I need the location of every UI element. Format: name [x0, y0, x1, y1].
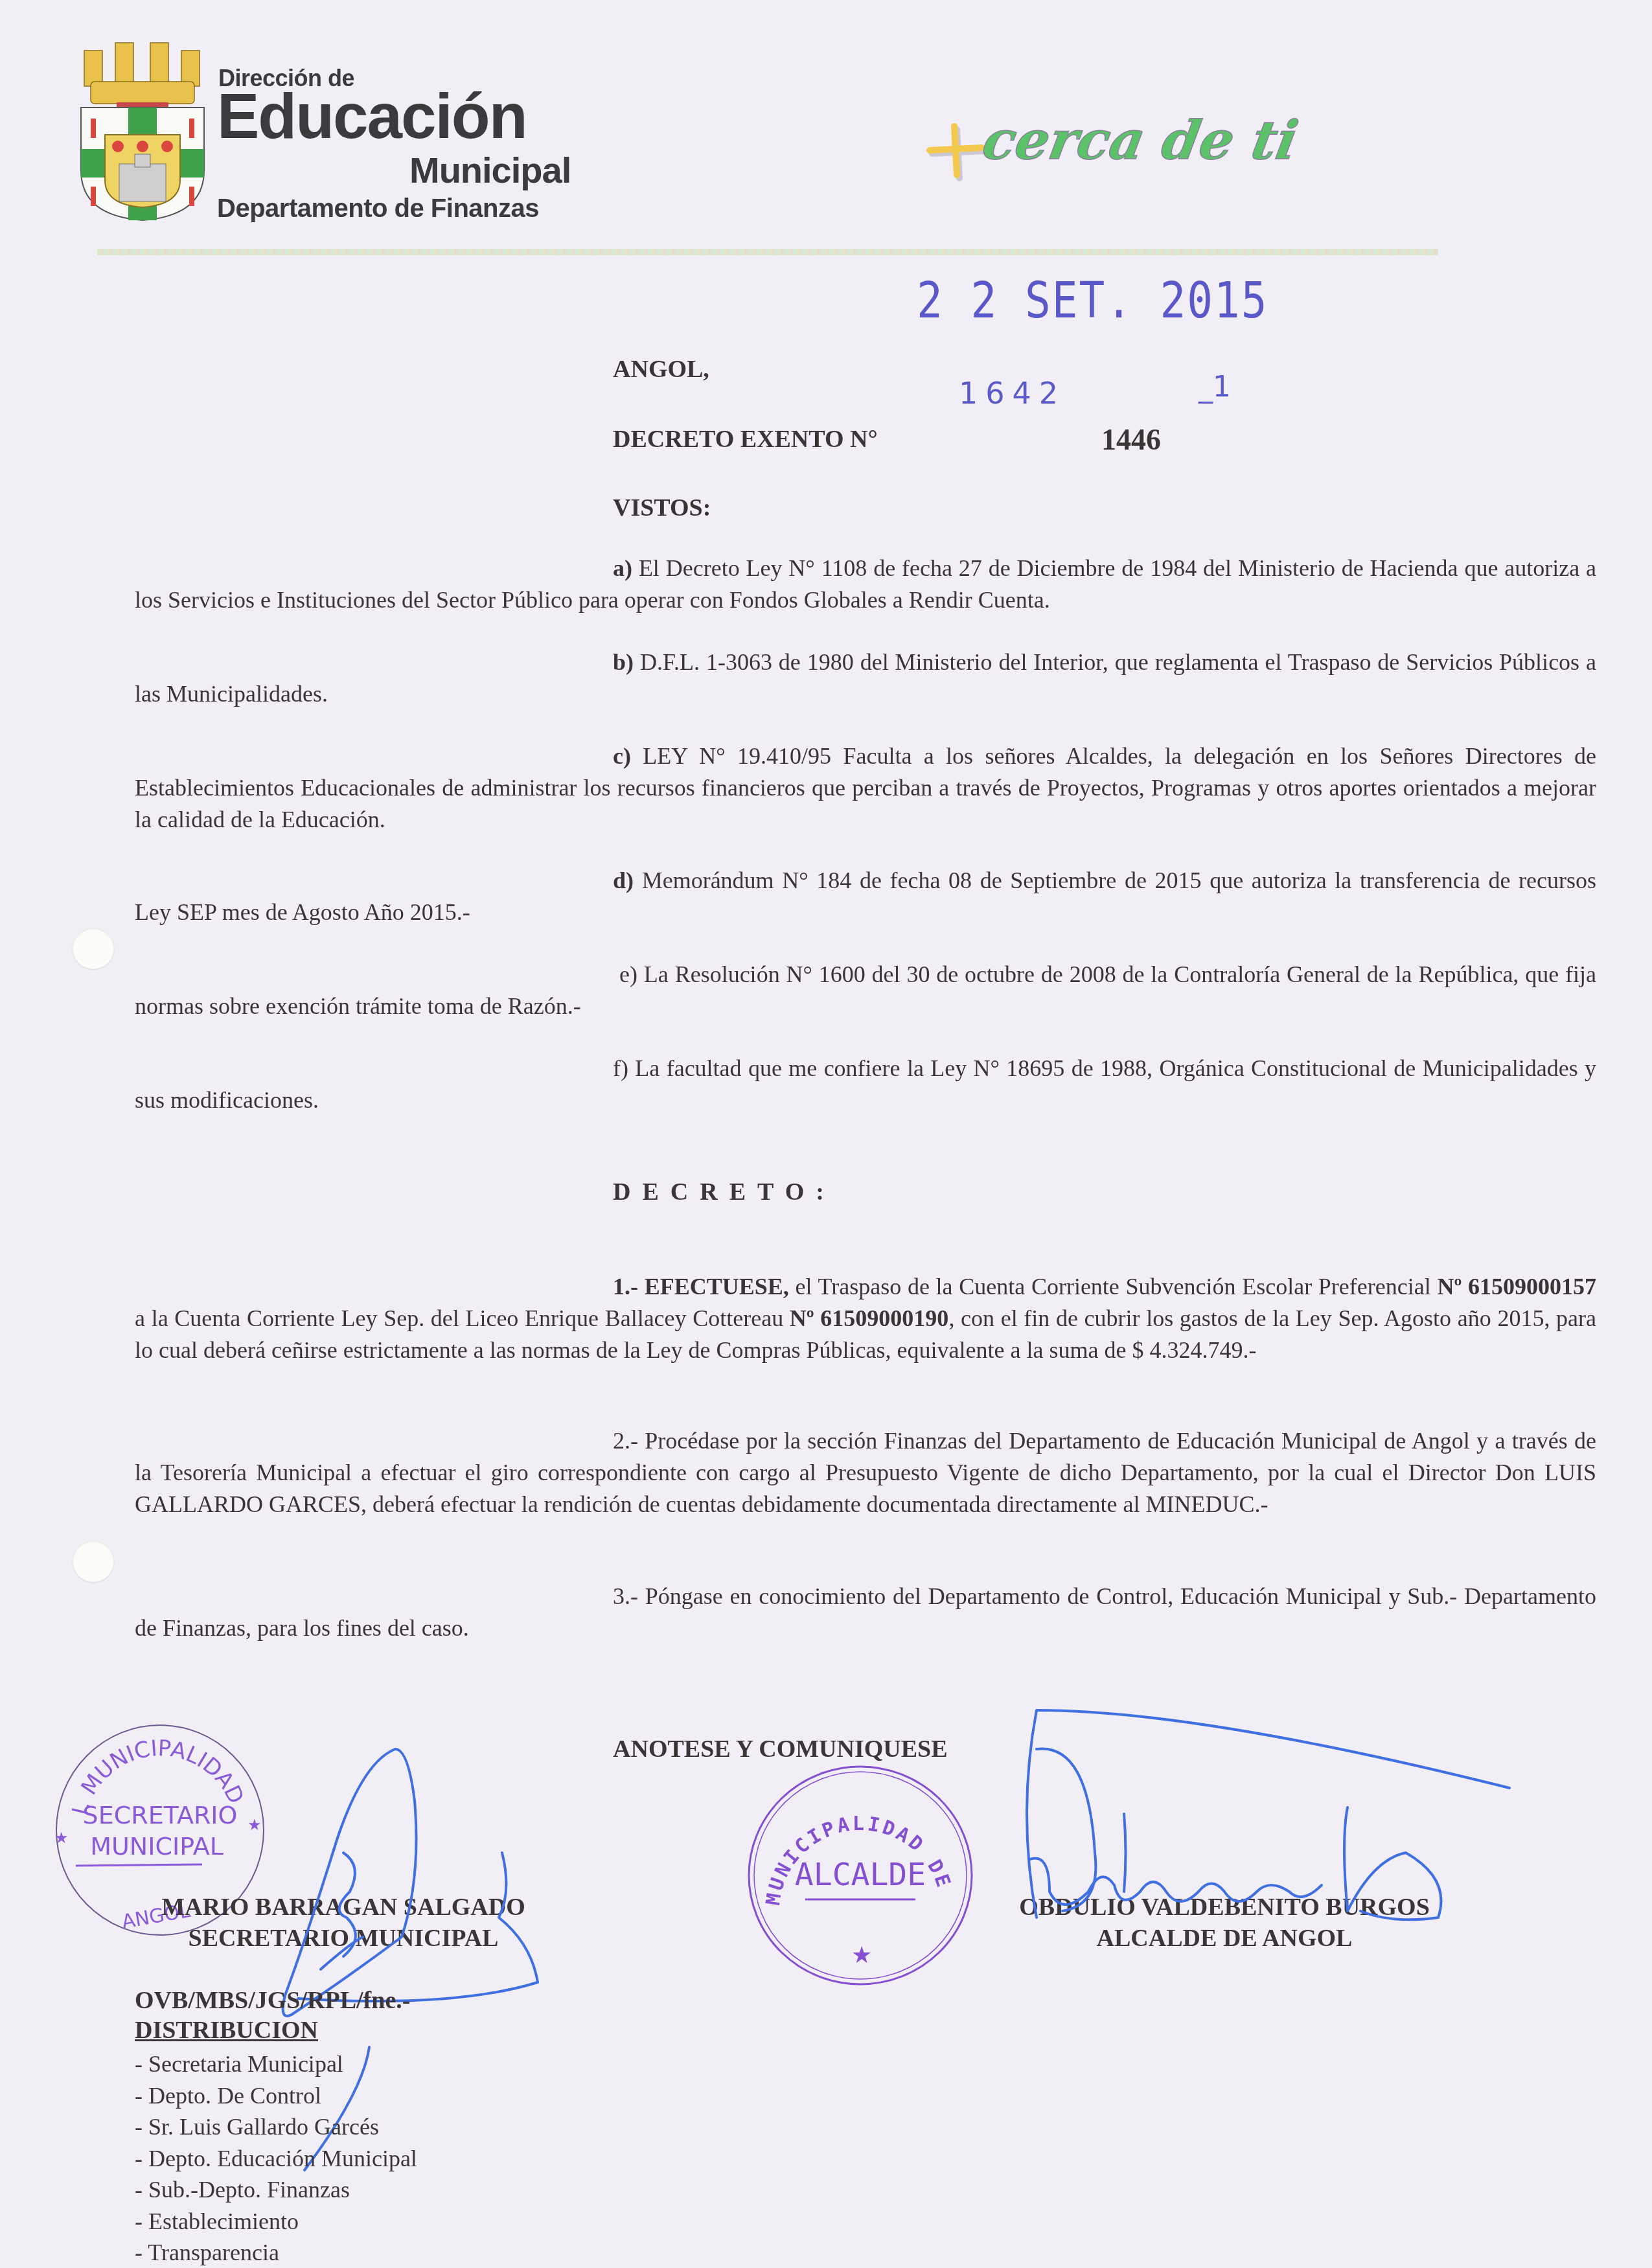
decreto-item-2: 2.- Procédase por la sección Finanzas de… — [135, 1425, 1596, 1520]
visto-e: e) La Resolución N° 1600 del 30 de octub… — [135, 959, 1596, 1022]
svg-text:SECRETARIO: SECRETARIO — [83, 1801, 238, 1829]
distribution-item: - Depto. Educación Municipal — [135, 2143, 417, 2175]
distribution-title: DISTRIBUCION — [135, 2016, 318, 2045]
secretary-title: SECRETARIO MUNICIPAL — [110, 1923, 577, 1954]
reference-initials: OVB/MBS/JGS/RPL/fne.- — [135, 1986, 410, 2015]
letterhead-municipal: Municipal — [409, 149, 571, 191]
visto-a: a) El Decreto Ley N° 1108 de fecha 27 de… — [135, 553, 1596, 616]
visto-c: c) LEY N° 19.410/95 Faculta a los señore… — [135, 740, 1596, 836]
decreto-item-1: 1.- EFECTUESE, el Traspaso de la Cuenta … — [135, 1271, 1596, 1366]
distribution-item: - Transparencia — [135, 2237, 417, 2268]
distribution-item: - Depto. De Control — [135, 2080, 417, 2112]
slogan-text: cerca de ti — [978, 109, 1303, 172]
closing-formula: ANOTESE Y COMUNIQUESE — [613, 1735, 948, 1763]
slogan-logo: cerca de ti — [917, 97, 1318, 188]
svg-text:★: ★ — [851, 1942, 872, 1968]
letterhead-divider — [97, 249, 1438, 255]
decree-number: 1446 — [1101, 422, 1161, 457]
visto-b: b) D.F.L. 1-3063 de 1980 del Ministerio … — [135, 647, 1596, 710]
letterhead-educacion: Educación — [217, 84, 527, 148]
distribution-list: - Secretaria Municipal - Depto. De Contr… — [135, 2048, 417, 2268]
decreto-heading: DECRETO: — [613, 1178, 836, 1206]
letterhead-department: Departamento de Finanzas — [217, 194, 539, 223]
coat-of-arms-crest — [78, 31, 207, 222]
distribution-item: - Secretaria Municipal — [135, 2048, 417, 2080]
visto-d: d) Memorándum N° 184 de fecha 08 de Sept… — [135, 865, 1596, 928]
svg-text:★: ★ — [247, 1817, 262, 1834]
city-label: ANGOL, — [613, 355, 709, 384]
mayor-signature-block: OBDULIO VALDEBENITO BURGOS ALCALDE DE AN… — [991, 1892, 1458, 1954]
date-stamp: 2 2 SET. 2015 — [917, 272, 1268, 330]
punch-hole — [73, 928, 114, 969]
svg-text:MUNICIPAL: MUNICIPAL — [90, 1832, 224, 1861]
registry-mark-stamp: _1 — [1199, 371, 1231, 404]
punch-hole — [73, 1541, 114, 1582]
distribution-item: - Sub.-Depto. Finanzas — [135, 2174, 417, 2206]
mayor-name: OBDULIO VALDEBENITO BURGOS — [991, 1892, 1458, 1923]
distribution-item: - Sr. Luis Gallardo Garcés — [135, 2111, 417, 2143]
svg-text:ALCALDE: ALCALDE — [795, 1857, 926, 1893]
secretary-name: MARIO BARRAGAN SALGADO — [110, 1892, 577, 1923]
registry-number-stamp: 1642 — [959, 376, 1066, 411]
visto-f: f) La facultad que me confiere la Ley N°… — [135, 1053, 1596, 1116]
mayor-title: ALCALDE DE ANGOL — [991, 1923, 1458, 1954]
distribution-item: - Establecimiento — [135, 2206, 417, 2238]
vistos-heading: VISTOS: — [613, 494, 711, 522]
decree-label: DECRETO EXENTO N° — [613, 425, 878, 453]
secretary-signature-block: MARIO BARRAGAN SALGADO SECRETARIO MUNICI… — [110, 1892, 577, 1954]
decreto-item-3: 3.- Póngase en conocimiento del Departam… — [135, 1581, 1596, 1644]
mayor-seal: MUNICIPALIDAD DE ANGOL ALCALDE ★ — [744, 1762, 977, 1989]
svg-text:★: ★ — [54, 1830, 69, 1847]
